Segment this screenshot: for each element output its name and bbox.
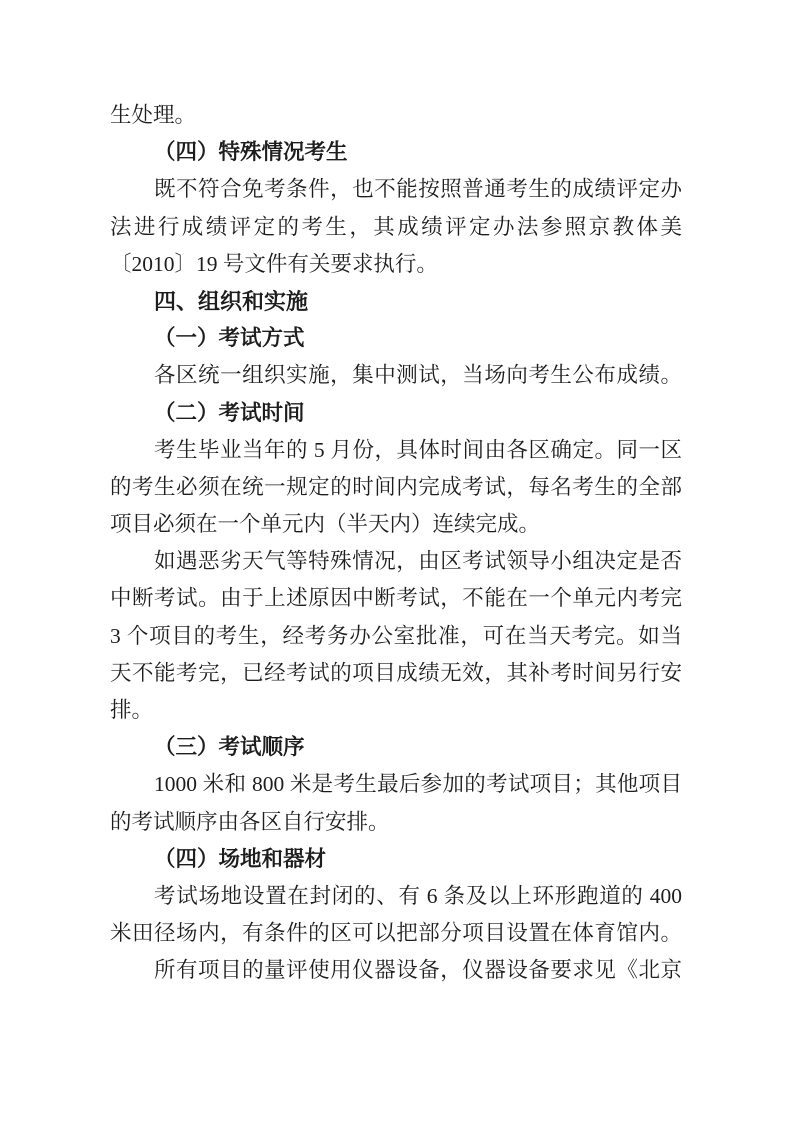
sub-heading: （四）场地和器材 bbox=[110, 841, 682, 878]
text-line: 所有项目的量评使用仪器设备，仪器设备要求见《北京 bbox=[110, 952, 682, 989]
text-line: 中断考试。由于上述原因中断考试，不能在一个单元内考完 bbox=[110, 580, 682, 617]
body-paragraph: 1000 米和 800 米是考生最后参加的考试项目；其他项目的考试顺序由各区自行… bbox=[110, 766, 682, 840]
text-line: 生处理。 bbox=[110, 97, 682, 134]
sub-heading: （三）考试顺序 bbox=[110, 729, 682, 766]
text-line: 法进行成绩评定的考生，其成绩评定办法参照京教体美 bbox=[110, 209, 682, 246]
body-paragraph: 考试场地设置在封闭的、有 6 条及以上环形跑道的 400米田径场内，有条件的区可… bbox=[110, 878, 682, 952]
body-paragraph: 各区统一组织实施，集中测试，当场向考生公布成绩。 bbox=[110, 357, 682, 394]
text-line: 的考生必须在统一规定的时间内完成考试，每名考生的全部 bbox=[110, 469, 682, 506]
body-paragraph: 考生毕业当年的 5 月份，具体时间由各区确定。同一区的考生必须在统一规定的时间内… bbox=[110, 432, 682, 544]
document-page: 生处理。（四）特殊情况考生既不符合免考条件，也不能按照普通考生的成绩评定办法进行… bbox=[0, 0, 793, 1122]
document-text-block: 生处理。（四）特殊情况考生既不符合免考条件，也不能按照普通考生的成绩评定办法进行… bbox=[110, 97, 682, 990]
sub-heading: （二）考试时间 bbox=[110, 395, 682, 432]
text-line: 天不能考完，已经考试的项目成绩无效，其补考时间另行安 bbox=[110, 655, 682, 692]
text-line: （四）特殊情况考生 bbox=[110, 134, 682, 171]
body-paragraph: 所有项目的量评使用仪器设备，仪器设备要求见《北京 bbox=[110, 952, 682, 989]
text-line: 如遇恶劣天气等特殊情况，由区考试领导小组决定是否 bbox=[110, 543, 682, 580]
text-line: （三）考试顺序 bbox=[110, 729, 682, 766]
body-paragraph: 如遇恶劣天气等特殊情况，由区考试领导小组决定是否中断考试。由于上述原因中断考试，… bbox=[110, 543, 682, 729]
text-line: 既不符合免考条件，也不能按照普通考生的成绩评定办 bbox=[110, 171, 682, 208]
text-line: 排。 bbox=[110, 692, 682, 729]
text-line: 1000 米和 800 米是考生最后参加的考试项目；其他项目 bbox=[110, 766, 682, 803]
text-line: （二）考试时间 bbox=[110, 395, 682, 432]
text-line: 的考试顺序由各区自行安排。 bbox=[110, 804, 682, 841]
text-line: 3 个项目的考生，经考务办公室批准，可在当天考完。如当 bbox=[110, 618, 682, 655]
body-paragraph: 生处理。 bbox=[110, 97, 682, 134]
section-heading: 四、组织和实施 bbox=[110, 283, 682, 320]
text-line: 各区统一组织实施，集中测试，当场向考生公布成绩。 bbox=[110, 357, 682, 394]
sub-heading: （一）考试方式 bbox=[110, 320, 682, 357]
text-line: 考试场地设置在封闭的、有 6 条及以上环形跑道的 400 bbox=[110, 878, 682, 915]
text-line: 考生毕业当年的 5 月份，具体时间由各区确定。同一区 bbox=[110, 432, 682, 469]
body-paragraph: 既不符合免考条件，也不能按照普通考生的成绩评定办法进行成绩评定的考生，其成绩评定… bbox=[110, 171, 682, 283]
text-line: 米田径场内，有条件的区可以把部分项目设置在体育馆内。 bbox=[110, 915, 682, 952]
text-line: （四）场地和器材 bbox=[110, 841, 682, 878]
text-line: 项目必须在一个单元内（半天内）连续完成。 bbox=[110, 506, 682, 543]
text-line: 四、组织和实施 bbox=[110, 283, 682, 320]
text-line: （一）考试方式 bbox=[110, 320, 682, 357]
sub-heading: （四）特殊情况考生 bbox=[110, 134, 682, 171]
text-line: 〔2010〕19 号文件有关要求执行。 bbox=[110, 246, 682, 283]
